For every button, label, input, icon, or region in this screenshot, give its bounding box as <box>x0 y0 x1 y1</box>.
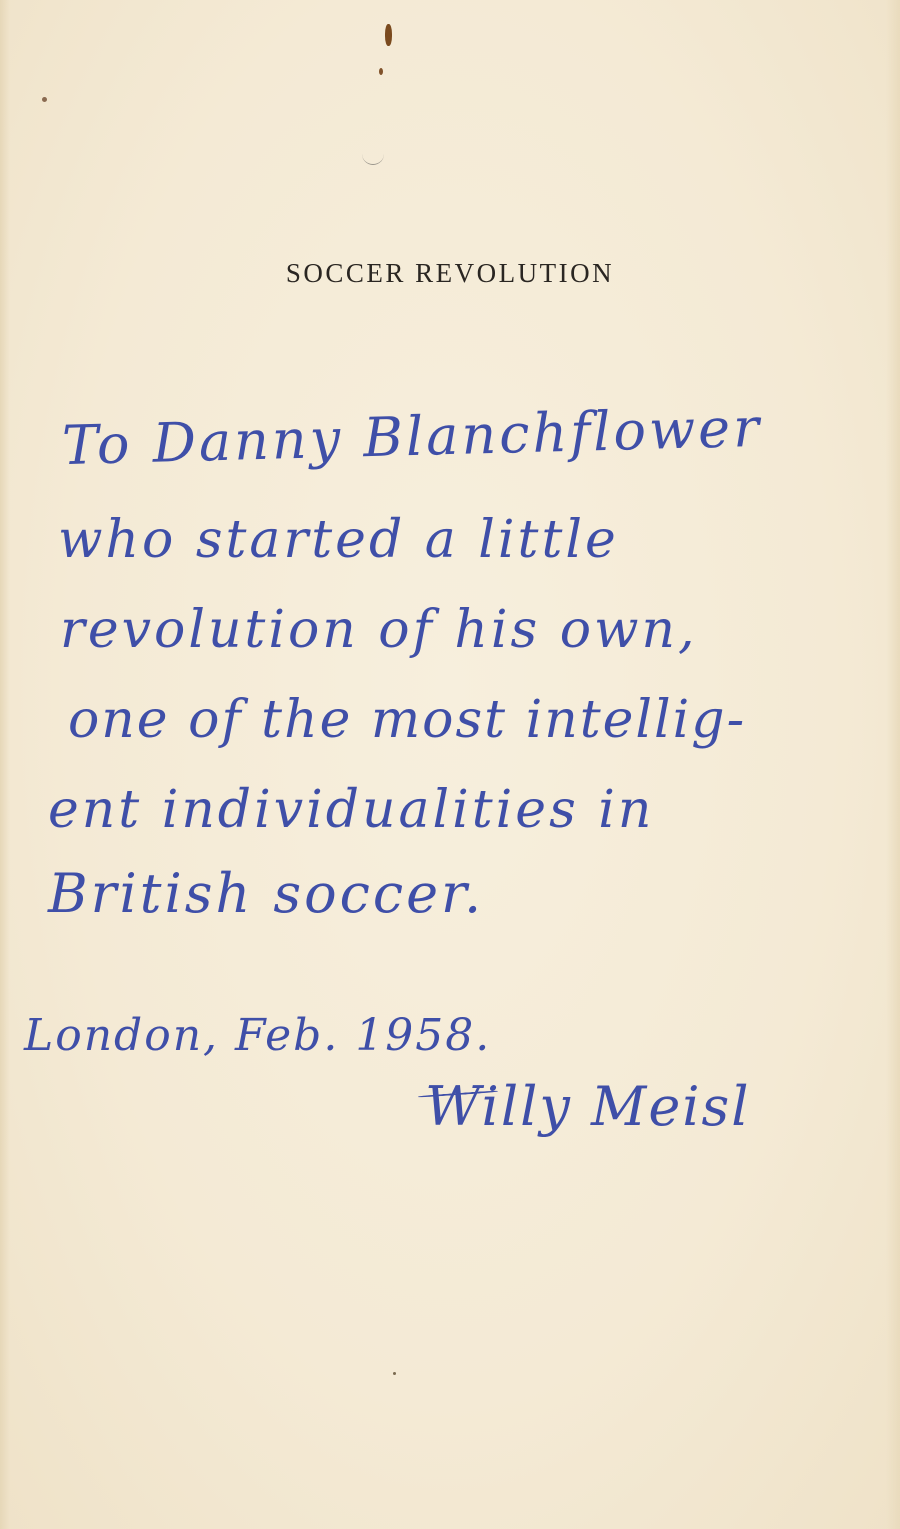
inscription-line: who started a little <box>58 510 619 570</box>
signature: Willy Meisl <box>425 1075 751 1138</box>
inscription-line: To Danny Blanchflower <box>61 396 762 477</box>
inscription-line: ent individualities in <box>48 780 654 840</box>
page-edge-shadow-left <box>0 0 10 1529</box>
inscription-line: revolution of his own, <box>60 600 698 660</box>
place-and-date: London, Feb. 1958. <box>24 1010 491 1061</box>
book-page: SOCCER REVOLUTION To Danny Blanchflower … <box>0 0 900 1529</box>
foxing-stain <box>42 97 47 102</box>
inscription-line: British soccer. <box>48 862 484 925</box>
inscription-line: one of the most intellig- <box>68 690 746 750</box>
half-title: SOCCER REVOLUTION <box>0 258 900 289</box>
pencil-mark <box>362 150 384 165</box>
page-edge-shadow-right <box>886 0 900 1529</box>
foxing-stain <box>385 24 392 46</box>
paper-speck <box>393 1372 396 1375</box>
foxing-stain <box>379 68 383 75</box>
